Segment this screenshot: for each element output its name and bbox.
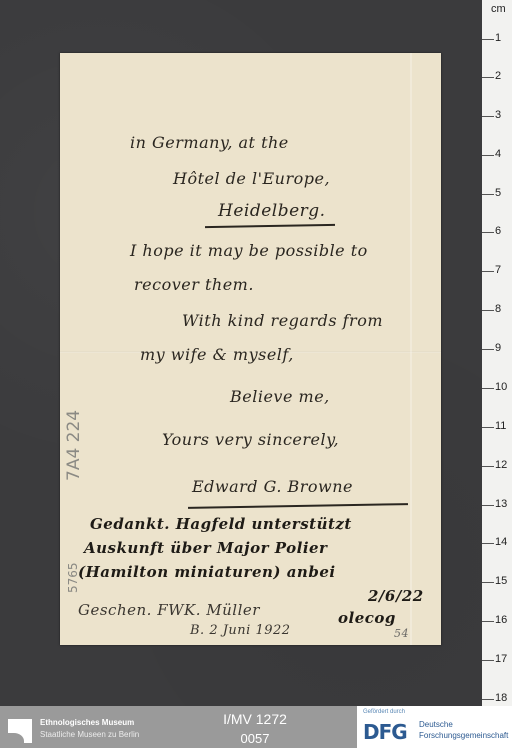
museum-logo-icon bbox=[8, 719, 32, 743]
inventory-number: I/MV 1272 bbox=[180, 711, 330, 727]
museum-name: Ethnologisches Museum bbox=[40, 718, 134, 727]
ruler-label: 15 bbox=[495, 576, 507, 587]
ruler-tick bbox=[482, 388, 494, 389]
annotation-initials: olecog bbox=[338, 609, 396, 627]
ruler-tick bbox=[482, 116, 494, 117]
ruler-tick bbox=[482, 543, 494, 544]
ruler-label: 8 bbox=[495, 304, 501, 315]
ruler-tick bbox=[482, 155, 494, 156]
ruler-tick bbox=[482, 232, 494, 233]
signature-underline bbox=[188, 503, 408, 508]
letter-closing: Yours very sincerely, bbox=[162, 430, 339, 449]
ruler-tick bbox=[482, 660, 494, 661]
annotation-date-line: B. 2 Juni 1922 bbox=[190, 623, 291, 638]
paper-vertical-crease bbox=[410, 53, 412, 645]
ruler-label: 7 bbox=[495, 265, 501, 276]
ruler-label: 11 bbox=[495, 421, 506, 432]
ruler-label: 14 bbox=[495, 537, 507, 548]
vertical-small-note: 5765 bbox=[66, 562, 80, 593]
letter-signature: Edward G. Browne bbox=[192, 477, 353, 496]
footer-bar: Ethnologisches Museum Staatliche Museen … bbox=[0, 706, 512, 748]
annotation-date: 2/6/22 bbox=[368, 587, 424, 605]
city-underline bbox=[205, 224, 335, 228]
ruler-tick bbox=[482, 194, 494, 195]
ruler-tick bbox=[482, 310, 494, 311]
ruler-tick bbox=[482, 621, 494, 622]
ruler-tick bbox=[482, 39, 494, 40]
ruler-label: 6 bbox=[495, 226, 501, 237]
ruler-tick bbox=[482, 466, 494, 467]
annotation-line: Geschen. FWK. Müller bbox=[78, 601, 260, 619]
ruler-label: 16 bbox=[495, 615, 507, 626]
ruler-label: 12 bbox=[495, 460, 507, 471]
letter-line: recover them. bbox=[134, 275, 254, 294]
ruler-tick bbox=[482, 582, 494, 583]
ruler-label: 17 bbox=[495, 654, 507, 665]
funder-name-line2: Forschungsgemeinschaft bbox=[419, 731, 508, 740]
letter-line: With kind regards from bbox=[182, 311, 383, 330]
ruler-label: 10 bbox=[495, 382, 507, 393]
letter-line: my wife & myself, bbox=[140, 345, 294, 364]
corner-pencil-mark: 54 bbox=[394, 627, 409, 640]
letter-page: in Germany, at the Hôtel de l'Europe, He… bbox=[60, 53, 441, 645]
ruler-tick bbox=[482, 427, 494, 428]
ruler-label: 2 bbox=[495, 71, 501, 82]
ruler-tick bbox=[482, 699, 494, 700]
ruler-tick bbox=[482, 271, 494, 272]
ruler-unit: cm bbox=[491, 3, 506, 15]
ruler-tick bbox=[482, 77, 494, 78]
annotation-line: Gedankt. Hagfeld unterstützt bbox=[90, 515, 352, 533]
annotation-line: Auskunft über Major Polier bbox=[84, 539, 327, 557]
ruler-label: 9 bbox=[495, 343, 501, 354]
ruler-tick bbox=[482, 349, 494, 350]
letter-line: Believe me, bbox=[230, 387, 330, 406]
dfg-logo-icon: DFG bbox=[363, 720, 407, 744]
letter-line: in Germany, at the bbox=[130, 133, 289, 152]
cm-ruler: cm 1 2 3 4 5 6 7 8 9 10 11 12 13 14 15 1… bbox=[482, 0, 512, 706]
page-number: 0057 bbox=[180, 731, 330, 746]
ruler-label: 18 bbox=[495, 693, 507, 704]
ruler-label: 13 bbox=[495, 499, 507, 510]
ruler-tick bbox=[482, 505, 494, 506]
ruler-label: 5 bbox=[495, 188, 501, 199]
ruler-label: 1 bbox=[495, 33, 501, 44]
letter-line: Hôtel de l'Europe, bbox=[173, 169, 330, 188]
funded-by-label: Gefördert durch bbox=[363, 709, 405, 715]
museum-subtitle: Staatliche Museen zu Berlin bbox=[40, 730, 139, 739]
ruler-label: 3 bbox=[495, 110, 501, 121]
letter-line-city: Heidelberg. bbox=[218, 201, 326, 221]
letter-line: I hope it may be possible to bbox=[130, 241, 368, 260]
annotation-line: (Hamilton miniaturen) anbei bbox=[78, 563, 336, 581]
vertical-inventory-note: 7A4 224 bbox=[64, 410, 84, 481]
funder-logo-box: Gefördert durch DFG Deutsche Forschungsg… bbox=[357, 706, 512, 748]
wave-shape bbox=[8, 733, 24, 743]
funder-name-line1: Deutsche bbox=[419, 720, 453, 729]
ruler-label: 4 bbox=[495, 149, 501, 160]
